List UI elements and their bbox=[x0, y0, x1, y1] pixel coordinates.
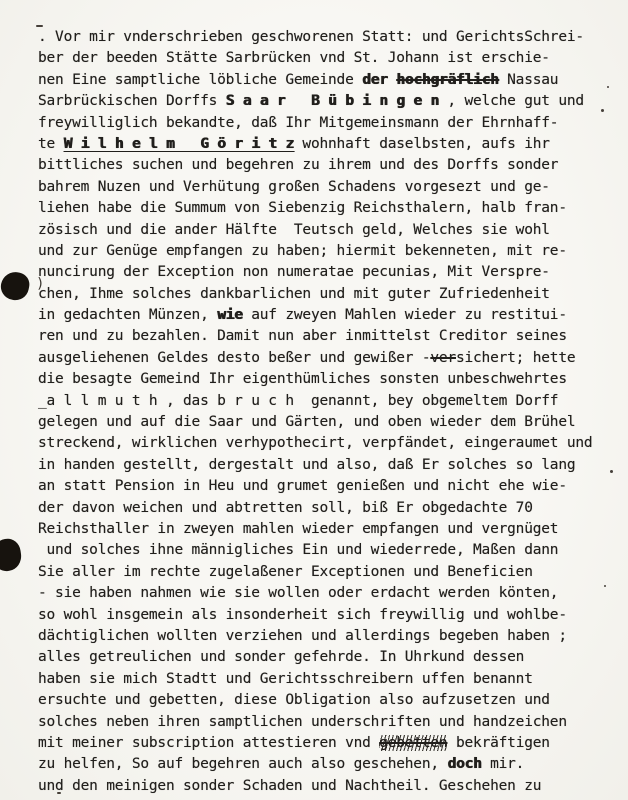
text-segment: streckend, wirklichen verhypothecirt, ve… bbox=[38, 435, 592, 451]
text-segment: sichert; hette bbox=[456, 350, 575, 366]
text-segment: und den meinigen sonder Schaden und Nach… bbox=[38, 778, 541, 794]
text-line: chen, Ihme solches dankbarlichen und mit… bbox=[38, 284, 618, 305]
text-segment-bx: hochgräflich bbox=[396, 72, 498, 88]
text-segment-xx: gebetten bbox=[379, 735, 447, 751]
text-segment: solches neben ihren samptlichen undersch… bbox=[38, 714, 567, 730]
text-line: der davon weichen und abtretten soll, bi… bbox=[38, 498, 618, 519]
text-segment: alles getreulichen und sonder gefehrde. … bbox=[38, 649, 524, 665]
text-line: mit meiner subscription attestieren vnd … bbox=[38, 733, 618, 754]
text-segment-b: wie bbox=[217, 307, 243, 323]
text-segment: ren und zu bezahlen. Damit nun aber inmi… bbox=[38, 328, 567, 344]
text-segment: - sie haben nahmen wie sie wollen oder e… bbox=[38, 585, 558, 601]
text-segment: bittliches suchen und begehren zu ihrem … bbox=[38, 157, 558, 173]
text-segment: _a l l m u t h , das b r u c h genannt, … bbox=[38, 393, 558, 409]
text-line: so wohl insgemein als insonderheit sich … bbox=[38, 605, 618, 626]
text-segment: an statt Pension in Heu und grumet genie… bbox=[38, 478, 567, 494]
text-line: Sie aller im rechte zugelaßener Exceptio… bbox=[38, 562, 618, 583]
text-line: zösisch und die ander Hälfte Teutsch gel… bbox=[38, 220, 618, 241]
text-line: gelegen und auf die Saar und Gärten, und… bbox=[38, 412, 618, 433]
text-segment: ausgeliehenen Geldes desto beßer und gew… bbox=[38, 350, 430, 366]
text-segment: te bbox=[38, 136, 64, 152]
text-line: dächtiglichen wollten verziehen und alle… bbox=[38, 626, 618, 647]
text-line: alles getreulichen und sonder gefehrde. … bbox=[38, 647, 618, 668]
text-segment: die besagte Gemeind Ihr eigenthümliches … bbox=[38, 371, 567, 387]
text-segment: gelegen und auf die Saar und Gärten, und… bbox=[38, 414, 575, 430]
text-segment: in handen gestellt, dergestalt und also,… bbox=[38, 457, 575, 473]
text-segment: Sie aller im rechte zugelaßener Exceptio… bbox=[38, 564, 533, 580]
text-line: _a l l m u t h , das b r u c h genannt, … bbox=[38, 391, 618, 412]
text-line: an statt Pension in Heu und grumet genie… bbox=[38, 476, 618, 497]
text-segment-b: S a a r B ü b i n g e n bbox=[226, 93, 439, 109]
text-line: bahrem Nuzen und Verhütung großen Schade… bbox=[38, 177, 618, 198]
text-line: die besagte Gemeind Ihr eigenthümliches … bbox=[38, 369, 618, 390]
ink-blob bbox=[0, 537, 23, 573]
text-segment: dächtiglichen wollten verziehen und alle… bbox=[38, 628, 567, 644]
document-lines: . Vor mir vnderschrieben geschworenen St… bbox=[38, 27, 618, 797]
text-segment: und zur Genüge empfangen zu haben; hierm… bbox=[38, 243, 567, 259]
text-segment-x: ver bbox=[430, 350, 456, 366]
text-line: zu helfen, So auf begehren auch also ges… bbox=[38, 754, 618, 775]
text-segment: in gedachten Münzen, bbox=[38, 307, 217, 323]
text-segment: mir. bbox=[482, 756, 525, 772]
text-line: ersuchte und gebetten, diese Obligation … bbox=[38, 690, 618, 711]
text-segment: so wohl insgemein als insonderheit sich … bbox=[38, 607, 567, 623]
text-segment: Reichsthaller in zweyen mahlen wieder em… bbox=[38, 521, 558, 537]
text-segment: mit meiner subscription attestieren vnd bbox=[38, 735, 379, 751]
text-line: in handen gestellt, dergestalt und also,… bbox=[38, 455, 618, 476]
text-line: nuncirung der Exception non numeratae pe… bbox=[38, 262, 618, 283]
text-segment: wohnhaft daselbsten, aufs ihr bbox=[294, 136, 550, 152]
text-segment: zösisch und die ander Hälfte Teutsch gel… bbox=[38, 222, 550, 238]
text-line: und zur Genüge empfangen zu haben; hierm… bbox=[38, 241, 618, 262]
text-segment: zu helfen, So auf begehren auch also ges… bbox=[38, 756, 447, 772]
text-line: streckend, wirklichen verhypothecirt, ve… bbox=[38, 433, 618, 454]
text-line: ren und zu bezahlen. Damit nun aber inmi… bbox=[38, 326, 618, 347]
text-line: te W i l h e l m G ö r i t z wohnhaft da… bbox=[38, 134, 618, 155]
text-line: Reichsthaller in zweyen mahlen wieder em… bbox=[38, 519, 618, 540]
text-segment: bahrem Nuzen und Verhütung großen Schade… bbox=[38, 179, 550, 195]
text-line: liehen habe die Summum von Siebenzig Rei… bbox=[38, 198, 618, 219]
text-segment: freywilliglich bekandte, daß Ihr Mitgeme… bbox=[38, 115, 558, 131]
text-segment: und solches ihne männigliches Ein und wi… bbox=[38, 542, 558, 558]
text-segment: ber der beeden Stätte Sarbrücken vnd St.… bbox=[38, 50, 550, 66]
text-line: freywilliglich bekandte, daß Ihr Mitgeme… bbox=[38, 113, 618, 134]
text-segment: Sarbrückischen Dorffs bbox=[38, 93, 226, 109]
text-segment: , welche gut und bbox=[439, 93, 584, 109]
text-segment: . Vor mir vnderschrieben geschworenen St… bbox=[38, 29, 584, 45]
text-line: bittliches suchen und begehren zu ihrem … bbox=[38, 155, 618, 176]
text-line: in gedachten Münzen, wie auf zweyen Mahl… bbox=[38, 305, 618, 326]
text-line: und den meinigen sonder Schaden und Nach… bbox=[38, 776, 618, 797]
text-line: und solches ihne männigliches Ein und wi… bbox=[38, 540, 618, 561]
text-line: - sie haben nahmen wie sie wollen oder e… bbox=[38, 583, 618, 604]
text-line: solches neben ihren samptlichen undersch… bbox=[38, 712, 618, 733]
text-line: nen Eine samptliche löbliche Gemeinde de… bbox=[38, 70, 618, 91]
text-segment: der davon weichen und abtretten soll, bi… bbox=[38, 500, 533, 516]
text-segment-ub: W i l h e l m G ö r i t z bbox=[64, 136, 294, 152]
text-segment: Nassau bbox=[499, 72, 559, 88]
text-line: Sarbrückischen Dorffs S a a r B ü b i n … bbox=[38, 91, 618, 112]
text-segment: nen Eine samptliche löbliche Gemeinde bbox=[38, 72, 362, 88]
text-segment: chen, Ihme solches dankbarlichen und mit… bbox=[38, 286, 550, 302]
text-segment: bekräftigen bbox=[447, 735, 549, 751]
scanned-document-page: ) . Vor mir vnderschrieben geschworenen … bbox=[0, 0, 628, 800]
ink-blob bbox=[0, 269, 32, 302]
text-line: . Vor mir vnderschrieben geschworenen St… bbox=[38, 27, 618, 48]
text-line: ausgeliehenen Geldes desto beßer und gew… bbox=[38, 348, 618, 369]
text-segment: ersuchte und gebetten, diese Obligation … bbox=[38, 692, 550, 708]
text-segment: auf zweyen Mahlen wieder zu restitui- bbox=[243, 307, 567, 323]
text-segment: haben sie mich Stadtt und Gerichtsschrei… bbox=[38, 671, 533, 687]
text-line: ber der beeden Stätte Sarbrücken vnd St.… bbox=[38, 48, 618, 69]
text-segment: nuncirung der Exception non numeratae pe… bbox=[38, 264, 550, 280]
text-segment-b: der bbox=[362, 72, 396, 88]
text-line: haben sie mich Stadtt und Gerichtsschrei… bbox=[38, 669, 618, 690]
text-segment: liehen habe die Summum von Siebenzig Rei… bbox=[38, 200, 567, 216]
text-segment-b: doch bbox=[447, 756, 481, 772]
